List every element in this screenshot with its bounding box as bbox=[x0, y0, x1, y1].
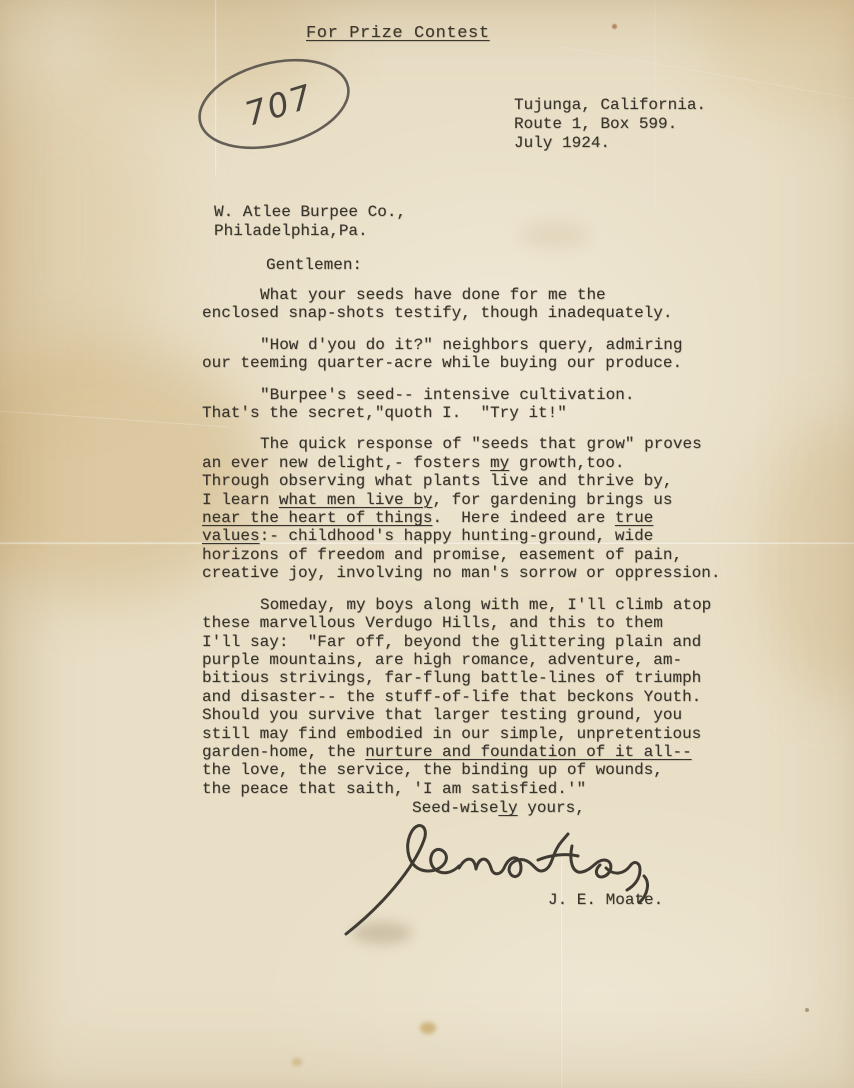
signature-typed: J. E. Moate. bbox=[548, 891, 663, 909]
text-segment: That's the secret,"quoth I. "Try it!" bbox=[202, 404, 567, 422]
text-segment: nurture and foundation of it all-- bbox=[365, 743, 691, 761]
text-segment: The quick response of "seeds that grow" … bbox=[260, 435, 702, 453]
text-segment: Seed-wise bbox=[412, 799, 498, 817]
letter-page: For Prize Contest 707 Tujunga, Californi… bbox=[0, 0, 854, 1088]
text-segment: still may find embodied in our simple, u… bbox=[202, 725, 701, 743]
text-segment: For Prize Contest bbox=[306, 24, 490, 43]
text-segment: horizons of freedom and promise, easemen… bbox=[202, 546, 682, 564]
text-segment: "Burpee's seed-- intensive cultivation. bbox=[260, 386, 634, 404]
letter-line: near the heart of things. Here indeed ar… bbox=[202, 509, 802, 527]
recipient-address: W. Atlee Burpee Co.,Philadelphia,Pa. bbox=[214, 203, 406, 241]
letter-line: Should you survive that larger testing g… bbox=[202, 706, 802, 724]
letter-line: Tujunga, California. bbox=[514, 96, 706, 115]
text-segment: purple mountains, are high romance, adve… bbox=[202, 651, 682, 669]
stain bbox=[520, 222, 590, 248]
text-segment: What your seeds have done for me the bbox=[260, 286, 606, 304]
paragraph: What your seeds have done for me theencl… bbox=[202, 286, 802, 323]
fold-line bbox=[562, 46, 854, 100]
letter-line: an ever new delight,- fosters my growth,… bbox=[202, 454, 802, 472]
text-segment: creative joy, involving no man's sorrow … bbox=[202, 564, 720, 582]
letter-line: enclosed snap-shots testify, though inad… bbox=[202, 304, 802, 322]
text-segment: . Here indeed are bbox=[432, 509, 614, 527]
letter-line: and disaster-- the stuff-of-life that be… bbox=[202, 688, 802, 706]
fold-line bbox=[0, 410, 230, 428]
text-segment: Through observing what plants live and t… bbox=[202, 472, 672, 490]
text-segment: yours, bbox=[518, 799, 585, 817]
text-segment: an ever new delight,- fosters bbox=[202, 454, 490, 472]
text-segment: enclosed snap-shots testify, though inad… bbox=[202, 304, 672, 322]
letter-line: bitious strivings, far-flung battle-line… bbox=[202, 669, 802, 687]
text-segment: "How d'you do it?" neighbors query, admi… bbox=[260, 336, 682, 354]
letter-line: I learn what men live by, for gardening … bbox=[202, 491, 802, 509]
letter-line: horizons of freedom and promise, easemen… bbox=[202, 546, 802, 564]
signature-script bbox=[332, 818, 682, 938]
letter-line: What your seeds have done for me the bbox=[202, 286, 802, 304]
stamp-number: 707 bbox=[240, 76, 317, 133]
closing: Seed-wisely yours, bbox=[412, 799, 585, 817]
text-segment: I learn bbox=[202, 491, 279, 509]
letter-line: Someday, my boys along with me, I'll cli… bbox=[202, 596, 802, 614]
letter-line: our teeming quarter-acre while buying ou… bbox=[202, 354, 802, 372]
text-segment: garden-home, the bbox=[202, 743, 365, 761]
letter-line: I'll say: "Far off, beyond the glitterin… bbox=[202, 633, 802, 651]
text-segment: the love, the service, the binding up of… bbox=[202, 761, 663, 779]
letter-line: W. Atlee Burpee Co., bbox=[214, 203, 406, 222]
text-segment: ly bbox=[498, 799, 517, 817]
letter-line: Philadelphia,Pa. bbox=[214, 222, 406, 241]
text-segment: what men live by bbox=[279, 491, 433, 509]
text-segment: and disaster-- the stuff-of-life that be… bbox=[202, 688, 701, 706]
stain bbox=[420, 1022, 436, 1034]
letter-line: Through observing what plants live and t… bbox=[202, 472, 802, 490]
text-segment: Should you survive that larger testing g… bbox=[202, 706, 682, 724]
letter-line: values:- childhood's happy hunting-groun… bbox=[202, 527, 802, 545]
letter-line: the peace that saith, 'I am satisfied.'" bbox=[202, 780, 802, 798]
stain bbox=[612, 24, 617, 29]
text-segment: values bbox=[202, 527, 260, 545]
paragraph: The quick response of "seeds that grow" … bbox=[202, 435, 802, 582]
stain bbox=[292, 1058, 302, 1066]
letter-line: creative joy, involving no man's sorrow … bbox=[202, 564, 802, 582]
text-segment: the peace that saith, 'I am satisfied.'" bbox=[202, 780, 586, 798]
text-segment: my bbox=[490, 454, 509, 472]
letter-line: "Burpee's seed-- intensive cultivation. bbox=[202, 386, 802, 404]
paragraph: "Burpee's seed-- intensive cultivation.T… bbox=[202, 386, 802, 423]
text-segment: I'll say: "Far off, beyond the glitterin… bbox=[202, 633, 701, 651]
text-segment: , for gardening brings us bbox=[432, 491, 672, 509]
letter-line: the love, the service, the binding up of… bbox=[202, 761, 802, 779]
text-segment: :- childhood's happy hunting-ground, wid… bbox=[260, 527, 654, 545]
letter-line: Route 1, Box 599. bbox=[514, 115, 706, 134]
text-segment: Someday, my boys along with me, I'll cli… bbox=[260, 596, 711, 614]
sender-address: Tujunga, California.Route 1, Box 599.Jul… bbox=[514, 96, 706, 153]
stain bbox=[805, 1008, 809, 1012]
paragraph: Someday, my boys along with me, I'll cli… bbox=[202, 596, 802, 798]
text-segment: growth,too. bbox=[509, 454, 624, 472]
letter-line: purple mountains, are high romance, adve… bbox=[202, 651, 802, 669]
letter-line: The quick response of "seeds that grow" … bbox=[202, 435, 802, 453]
page-title: For Prize Contest bbox=[306, 24, 490, 43]
letter-line: garden-home, the nurture and foundation … bbox=[202, 743, 802, 761]
paragraph: "How d'you do it?" neighbors query, admi… bbox=[202, 336, 802, 373]
salutation: Gentlemen: bbox=[266, 256, 362, 274]
text-segment: bitious strivings, far-flung battle-line… bbox=[202, 669, 701, 687]
letter-line: "How d'you do it?" neighbors query, admi… bbox=[202, 336, 802, 354]
letter-line: still may find embodied in our simple, u… bbox=[202, 725, 802, 743]
text-segment: true bbox=[615, 509, 653, 527]
letter-line: That's the secret,"quoth I. "Try it!" bbox=[202, 404, 802, 422]
letter-body: What your seeds have done for me theencl… bbox=[202, 286, 802, 811]
stamp-circle: 707 bbox=[190, 54, 366, 158]
letter-line: July 1924. bbox=[514, 134, 706, 153]
stain bbox=[0, 60, 160, 390]
text-segment: these marvellous Verdugo Hills, and this… bbox=[202, 614, 663, 632]
text-segment: our teeming quarter-acre while buying ou… bbox=[202, 354, 682, 372]
text-segment: near the heart of things bbox=[202, 509, 432, 527]
stain bbox=[700, 0, 854, 120]
letter-line: these marvellous Verdugo Hills, and this… bbox=[202, 614, 802, 632]
